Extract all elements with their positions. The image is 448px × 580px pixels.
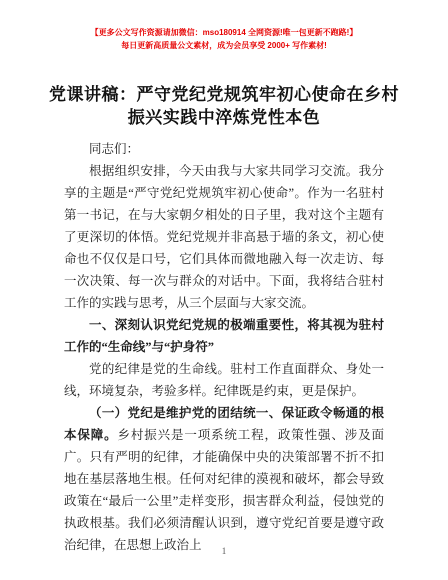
promo-notice-line1: 【更多公文写作资源请加微信：mso180914 全网资源!唯一包更新不跑路!】 — [0, 26, 448, 39]
promo-notice: 【更多公文写作资源请加微信：mso180914 全网资源!唯一包更新不跑路!】 … — [0, 26, 448, 52]
salutation: 同志们： — [64, 138, 384, 160]
paragraph-sub1: （一）党纪是维护党的团结统一、保证政令畅通的根本保障。乡村振兴是一项系统工程，政… — [64, 402, 384, 556]
paragraph-intro: 根据组织安排，今天由我与大家共同学习交流。我分享的主题是“严守党纪党规筑牢初心使… — [64, 160, 384, 314]
section-heading-one: 一、深刻认识党纪党规的极端重要性，将其视为驻村工作的“生命线”与“护身符” — [64, 314, 384, 358]
document-title-line1: 党课讲稿：严守党纪党规筑牢初心使命在乡村 — [0, 83, 448, 106]
paragraph-sub1-rest: 乡村振兴是一项系统工程，政策性强、涉及面广。只有严明的纪律，才能确保中央的决策部… — [64, 428, 384, 552]
promo-notice-line2: 每日更新高质量公文素材，成为会员享受 2000+ 写作素材! — [0, 39, 448, 52]
paragraph-lifeline: 党的纪律是党的生命线。驻村工作直面群众、身处一线，环境复杂，考验多样。纪律既是约… — [64, 358, 384, 402]
document-title: 党课讲稿：严守党纪党规筑牢初心使命在乡村 振兴实践中淬炼党性本色 — [0, 83, 448, 129]
document-page: 【更多公文写作资源请加微信：mso180914 全网资源!唯一包更新不跑路!】 … — [0, 0, 448, 580]
document-title-line2: 振兴实践中淬炼党性本色 — [0, 106, 448, 129]
document-body: 同志们： 根据组织安排，今天由我与大家共同学习交流。我分享的主题是“严守党纪党规… — [64, 138, 384, 556]
page-number: 1 — [0, 546, 448, 556]
